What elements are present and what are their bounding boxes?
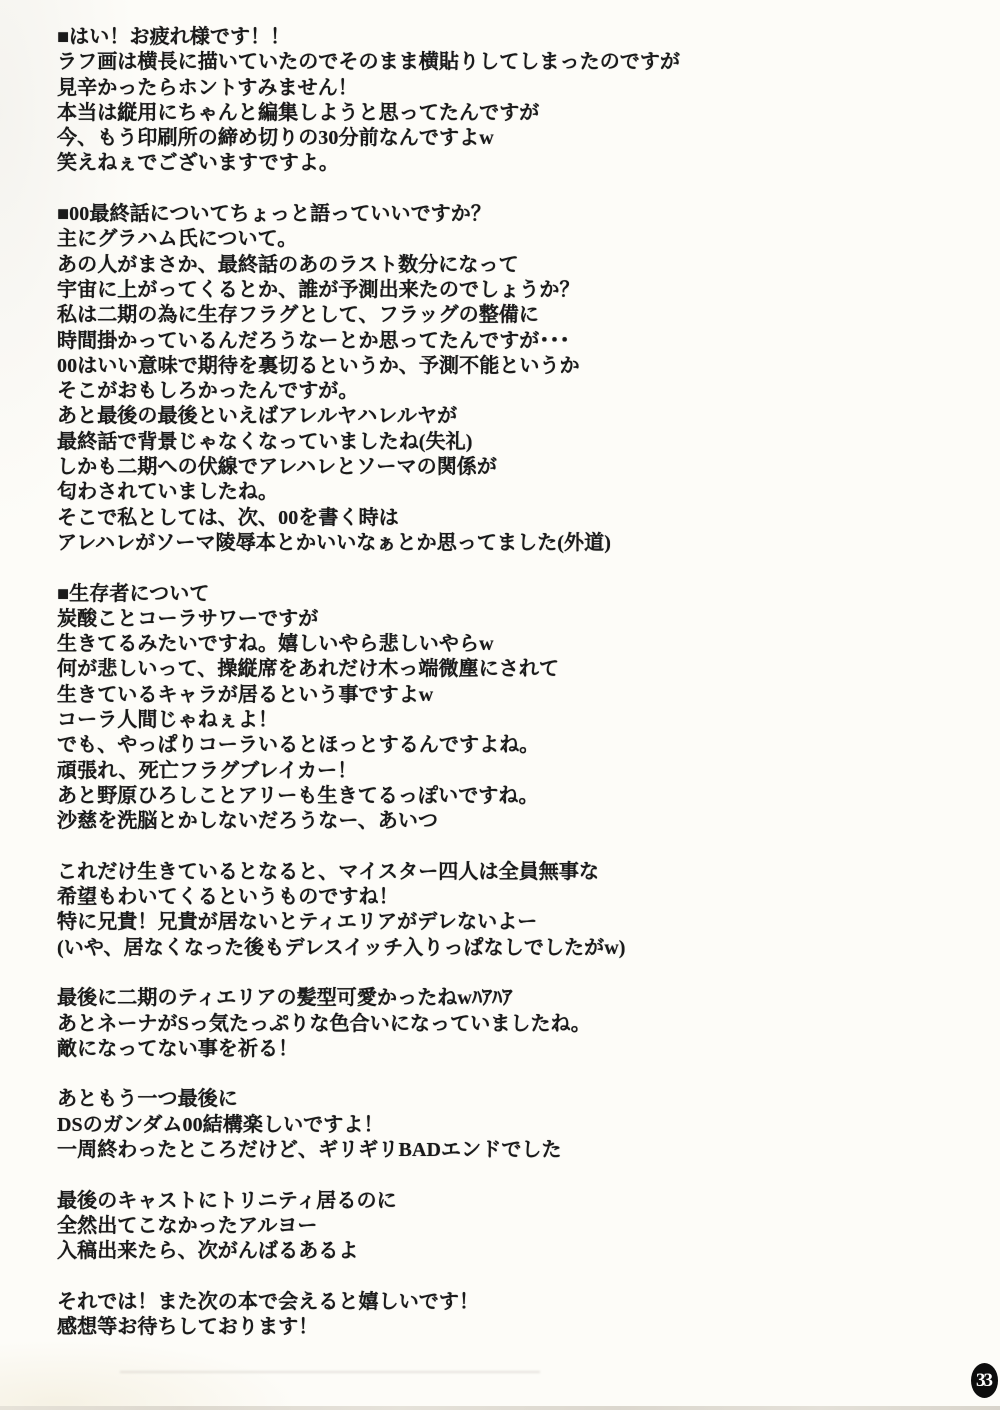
text-line: 本当は縦用にちゃんと編集しようと思ってたんですが [57, 101, 957, 126]
text-line: 見辛かったらホントすみません！ [57, 76, 957, 101]
text-line: 最後のキャストにトリニティ居るのに [57, 1189, 957, 1214]
text-line: 敵になってない事を祈る！ [57, 1037, 957, 1062]
scanned-page: ■はい！お疲れ様です！！ラフ画は横長に描いていたのでそのまま横貼りしてしまったの… [0, 0, 1000, 1410]
text-line: 主にグラハム氏について。 [57, 227, 957, 252]
text-line: アレハレがソーマ陵辱本とかいいなぁとか思ってました(外道) [57, 531, 957, 556]
text-line: コーラ人間じゃねぇよ！ [57, 708, 957, 733]
paragraph: これだけ生きているとなると、マイスター四人は全員無事な希望もわいてくるというもの… [57, 860, 957, 961]
text-line: 匂わされていましたね。 [57, 480, 957, 505]
paragraph: ■生存者について炭酸ことコーラサワーですが生きてるみたいですね。嬉しいやら悲しい… [57, 582, 957, 835]
text-line: あともう一つ最後に [57, 1087, 957, 1112]
paragraph: ■00最終話についてちょっと語っていいですか？主にグラハム氏について。あの人がま… [57, 202, 957, 556]
text-line: そこで私としては、次、00を書く時は [57, 506, 957, 531]
text-line: それでは！また次の本で会えると嬉しいです！ [57, 1290, 957, 1315]
text-line: ■生存者について [57, 582, 957, 607]
text-line: 沙慈を洗脳とかしないだろうなー、あいつ [57, 809, 957, 834]
text-line: 00はいい意味で期待を裏切るというか、予測不能というか [57, 354, 957, 379]
text-line: 時間掛かっているんだろうなーとか思ってたんですが･･･ [57, 329, 957, 354]
text-line: 希望もわいてくるというものですね！ [57, 885, 957, 910]
text-line: 入稿出来たら、次がんばるあるよ [57, 1239, 957, 1264]
text-line: そこがおもしろかったんですが。 [57, 379, 957, 404]
text-line: 全然出てこなかったアルヨー [57, 1214, 957, 1239]
text-line: あと野原ひろしことアリーも生きてるっぽいですね。 [57, 784, 957, 809]
text-line: これだけ生きているとなると、マイスター四人は全員無事な [57, 860, 957, 885]
text-line: 最終話で背景じゃなくなっていましたね(失礼) [57, 430, 957, 455]
text-line: ラフ画は横長に描いていたのでそのまま横貼りしてしまったのですが [57, 50, 957, 75]
page-number-badge: 33 [971, 1363, 998, 1398]
text-line: あの人がまさか、最終話のあのラスト数分になって [57, 253, 957, 278]
paragraph: あともう一つ最後にDSのガンダム00結構楽しいですよ！一周終わったところだけど、… [57, 1087, 957, 1163]
text-line: 炭酸ことコーラサワーですが [57, 607, 957, 632]
text-line: (いや、居なくなった後もデレスイッチ入りっぱなしでしたがw) [57, 936, 957, 961]
text-line: 何が悲しいって、操縦席をあれだけ木っ端微塵にされて [57, 657, 957, 682]
text-line: 笑えねぇでございますですよ。 [57, 151, 957, 176]
scan-streak-artifact [120, 1371, 540, 1373]
page-number: 33 [976, 1370, 991, 1392]
text-line: ■はい！お疲れ様です！！ [57, 25, 957, 50]
text-line: 一周終わったところだけど、ギリギリBADエンドでした [57, 1138, 957, 1163]
text-line: しかも二期への伏線でアレハレとソーマの関係が [57, 455, 957, 480]
text-line: でも、やっぱりコーラいるとほっとするんですよね。 [57, 733, 957, 758]
text-line: 今、もう印刷所の締め切りの30分前なんですよw [57, 126, 957, 151]
text-line: 宇宙に上がってくるとか、誰が予測出来たのでしょうか？ [57, 278, 957, 303]
text-line: DSのガンダム00結構楽しいですよ！ [57, 1113, 957, 1138]
text-line: あとネーナがSっ気たっぷりな色合いになっていましたね。 [57, 1012, 957, 1037]
text-line: 生きているキャラが居るという事ですよw [57, 683, 957, 708]
paragraph: それでは！また次の本で会えると嬉しいです！感想等お待ちしております！ [57, 1290, 957, 1341]
paragraph: 最後のキャストにトリニティ居るのに全然出てこなかったアルヨー入稿出来たら、次がん… [57, 1189, 957, 1265]
text-line: 特に兄貴！兄貴が居ないとティエリアがデレないよー [57, 910, 957, 935]
text-line: 最後に二期のティエリアの髪型可愛かったねwﾊｱﾊｱ [57, 986, 957, 1011]
text-line: あと最後の最後といえばアレルヤハレルヤが [57, 404, 957, 429]
text-line: 感想等お待ちしております！ [57, 1315, 957, 1340]
paragraph: ■はい！お疲れ様です！！ラフ画は横長に描いていたのでそのまま横貼りしてしまったの… [57, 25, 957, 177]
scan-edge-artifact [0, 1406, 1000, 1410]
text-line: 頑張れ、死亡フラグブレイカー！ [57, 759, 957, 784]
afterword-text: ■はい！お疲れ様です！！ラフ画は横長に描いていたのでそのまま横貼りしてしまったの… [57, 25, 957, 1366]
paragraph: 最後に二期のティエリアの髪型可愛かったねwﾊｱﾊｱあとネーナがSっ気たっぷりな色… [57, 986, 957, 1062]
text-line: 私は二期の為に生存フラグとして、フラッグの整備に [57, 303, 957, 328]
text-line: 生きてるみたいですね。嬉しいやら悲しいやらw [57, 632, 957, 657]
text-line: ■00最終話についてちょっと語っていいですか？ [57, 202, 957, 227]
